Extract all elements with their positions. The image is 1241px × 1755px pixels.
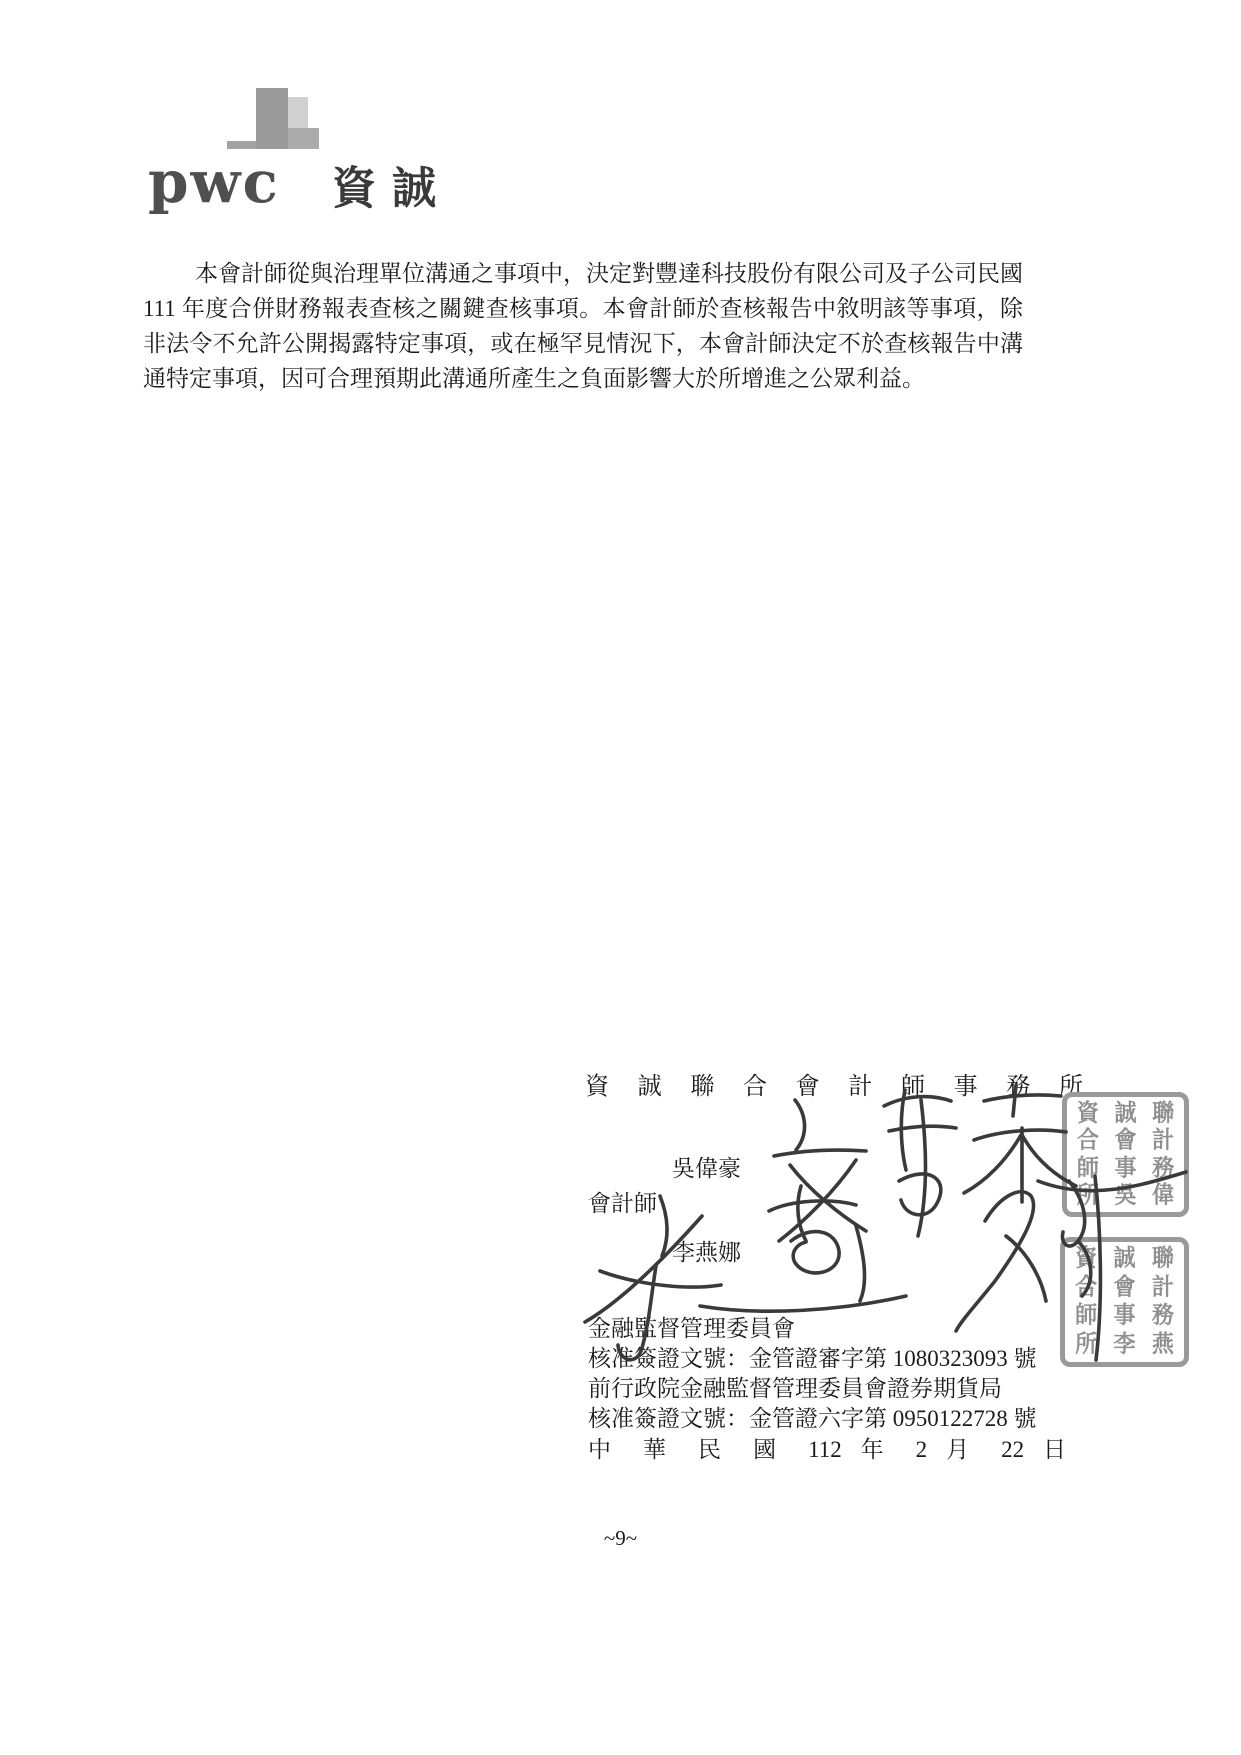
audit-paragraph: 本會計師從與治理單位溝通之事項中，決定對豐達科技股份有限公司及子公司民國 111… [143, 256, 1023, 396]
logo-block-tall-icon [256, 88, 288, 149]
document-page: pwc 資誠 本會計師從與治理單位溝通之事項中，決定對豐達科技股份有限公司及子公… [0, 0, 1241, 1755]
paragraph-line: 本會計師從與治理單位溝通之事項中，決定對豐達科技股份有限公司及子公司民國 [143, 256, 1023, 291]
paragraph-line: 111 年度合併財務報表查核之關鍵查核事項。本會計師於查核報告中敘明該等事項，除 [143, 291, 1023, 326]
logo-block-light-icon [288, 97, 308, 128]
pwc-brand-chinese: 資誠 [332, 152, 452, 216]
pwc-wordmark: pwc [148, 148, 280, 216]
page-number: ~9~ [0, 1526, 1241, 1551]
paragraph-line: 非法令不允許公開揭露特定事項，或在極罕見情況下，本會計師決定不於查核報告中溝 [143, 326, 1023, 361]
handwritten-signatures [560, 1060, 1220, 1470]
logo-block-mid-icon [288, 128, 319, 149]
pwc-logo: pwc 資誠 [0, 0, 470, 230]
paragraph-line: 通特定事項，因可合理預期此溝通所產生之負面影響大於所增進之公眾利益。 [143, 361, 1023, 396]
